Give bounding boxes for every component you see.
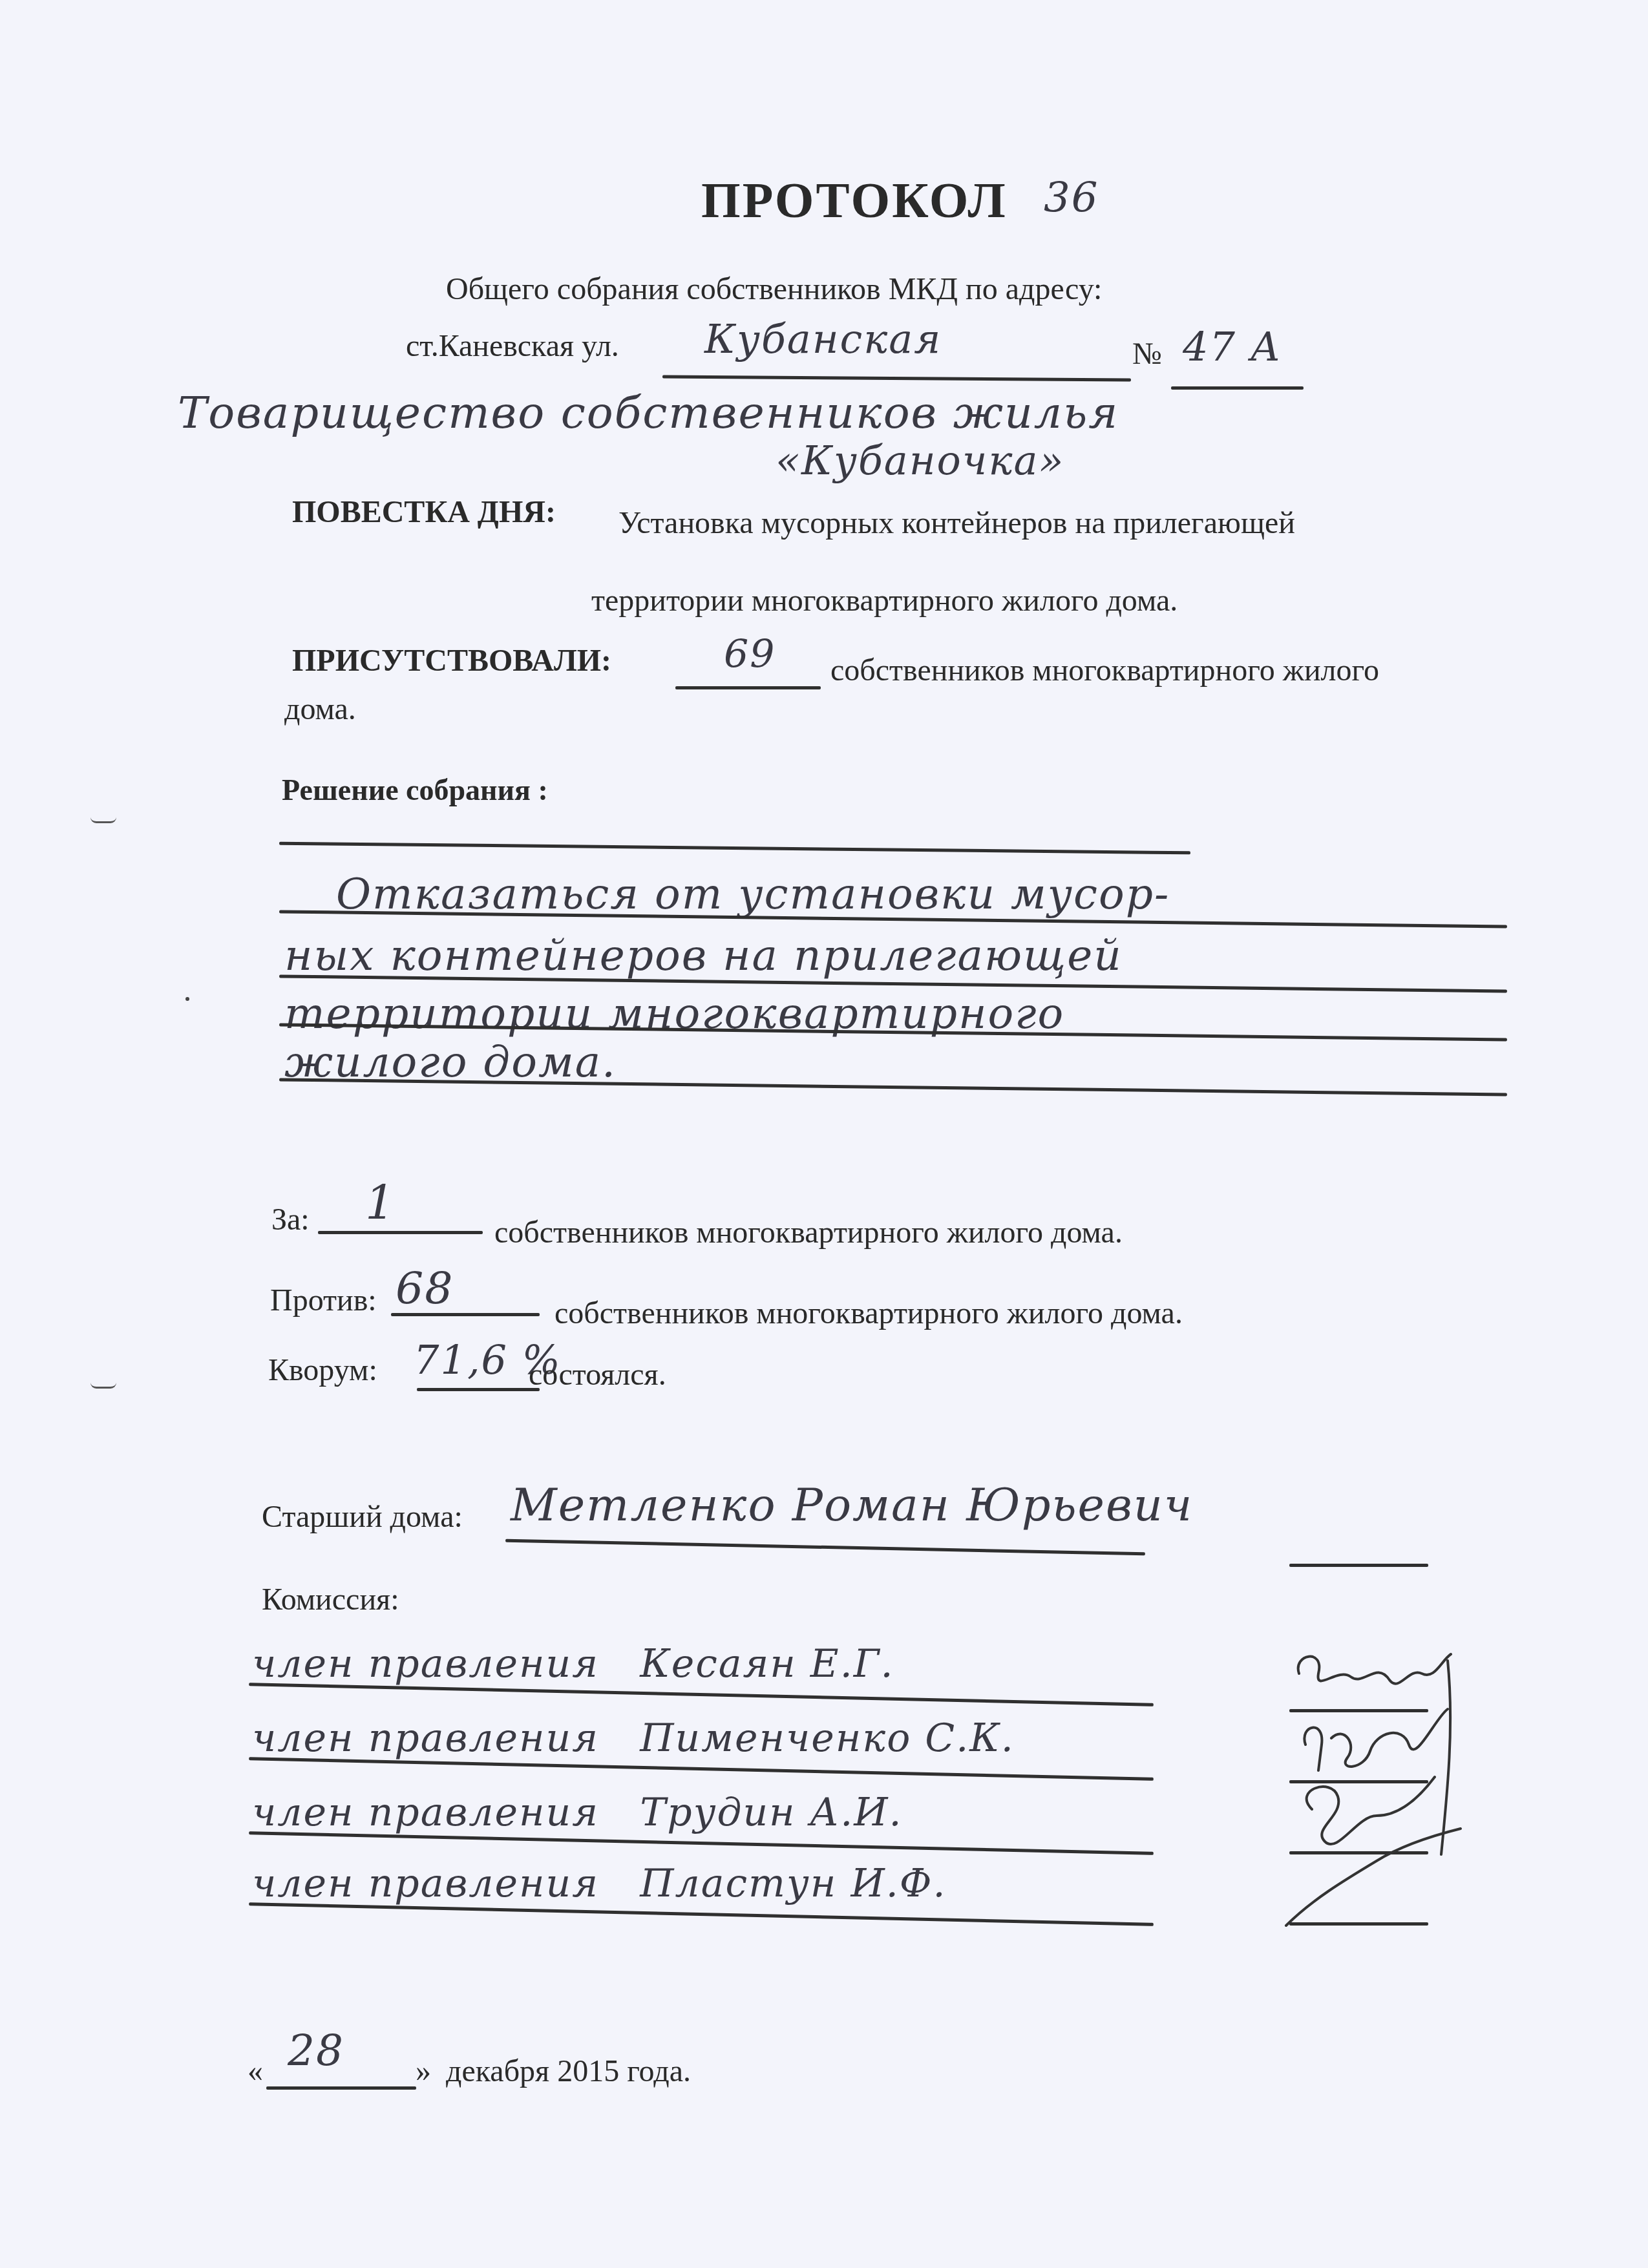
organization-line-2: «Кубаночка» [776,437,1064,484]
commission-member-name: Пименченко С.К. [640,1716,1015,1761]
commission-member-3: член правления Трудин А.И. [252,1790,903,1835]
document-subtitle: Общего собрания собственников МКД по адр… [446,271,1102,307]
decision-label: Решение собрания : [282,773,548,807]
attendance-label: ПРИСУТСТВОВАЛИ: [292,643,611,678]
head-of-house-signature-line [1289,1564,1428,1567]
commission-member-role: член правления [252,1641,599,1686]
commission-member-name: Пластун И.Ф. [640,1861,946,1906]
commission-label: Комиссия: [262,1582,399,1617]
address-prefix: ст.Каневская ул. [406,328,619,364]
house-number: 47 А [1183,323,1282,370]
protocol-page: ПРОТОКОЛ 36 Общего собрания собственнико… [0,0,1648,2268]
votes-for-suffix: собственников многоквартирного жилого до… [494,1215,1123,1250]
decision-rule-0 [279,842,1190,855]
decision-rule-4 [279,1078,1507,1096]
head-of-house-label: Старший дома: [262,1499,463,1535]
agenda-text-line-2: территории многоквартирного жилого дома. [591,583,1178,618]
votes-against-suffix: собственников многоквартирного жилого до… [555,1296,1183,1331]
document-title: ПРОТОКОЛ [701,171,1008,229]
house-number-label: № [1132,336,1162,372]
votes-against-underline [391,1313,540,1316]
commission-member-role: член правления [252,1861,599,1906]
commission-member-name: Кесаян Е.Г. [640,1641,894,1686]
attendance-count: 69 [724,632,776,677]
commission-member-4: член правления Пластун И.Ф. [252,1861,947,1906]
organization-line-1: Товарищество собственников жилья [178,388,1119,439]
date-close-quote: » [416,2053,431,2089]
house-number-underline [1171,386,1304,390]
street-underline [662,375,1131,381]
street-name: Кубанская [704,315,942,362]
date-rest: декабря 2015 года. [446,2053,691,2089]
scan-mark [90,1383,116,1389]
decision-line-2: ных контейнеров на прилегающей [284,930,1123,980]
quorum-label: Кворум: [268,1352,377,1388]
votes-for-label: За: [271,1202,310,1237]
votes-for-count: 1 [365,1176,396,1230]
date-open-quote: « [248,2053,263,2089]
quorum-underline [417,1388,540,1391]
agenda-label: ПОВЕСТКА ДНЯ: [292,494,556,530]
attendance-suffix-line-2: дома. [284,691,356,727]
date-day: 28 [288,2026,344,2075]
protocol-number: 36 [1044,174,1099,222]
commission-member-2: член правления Пименченко С.К. [252,1716,1015,1761]
head-of-house-underline [505,1539,1145,1556]
commission-member-name: Трудин А.И. [640,1790,902,1835]
votes-against-count: 68 [396,1263,454,1314]
commission-member-role: член правления [252,1790,599,1835]
scan-speck [185,997,189,1001]
head-of-house-name: Метленко Роман Юрьевич [511,1478,1193,1531]
commission-member-1: член правления Кесаян Е.Г. [252,1641,894,1686]
votes-against-label: Против: [270,1283,377,1318]
votes-for-underline [318,1231,483,1234]
signatures-scribble [1286,1648,1467,1935]
attendance-suffix: собственников многоквартирного жилого [830,653,1379,688]
scan-mark [90,817,116,823]
attendance-underline [675,686,821,689]
commission-member-role: член правления [252,1716,599,1761]
agenda-text-line-1: Установка мусорных контейнеров на прилег… [618,505,1295,541]
date-day-underline [266,2086,416,2090]
decision-line-1: Отказаться от установки мусор- [336,869,1170,919]
quorum-suffix: состоялся. [529,1357,666,1392]
